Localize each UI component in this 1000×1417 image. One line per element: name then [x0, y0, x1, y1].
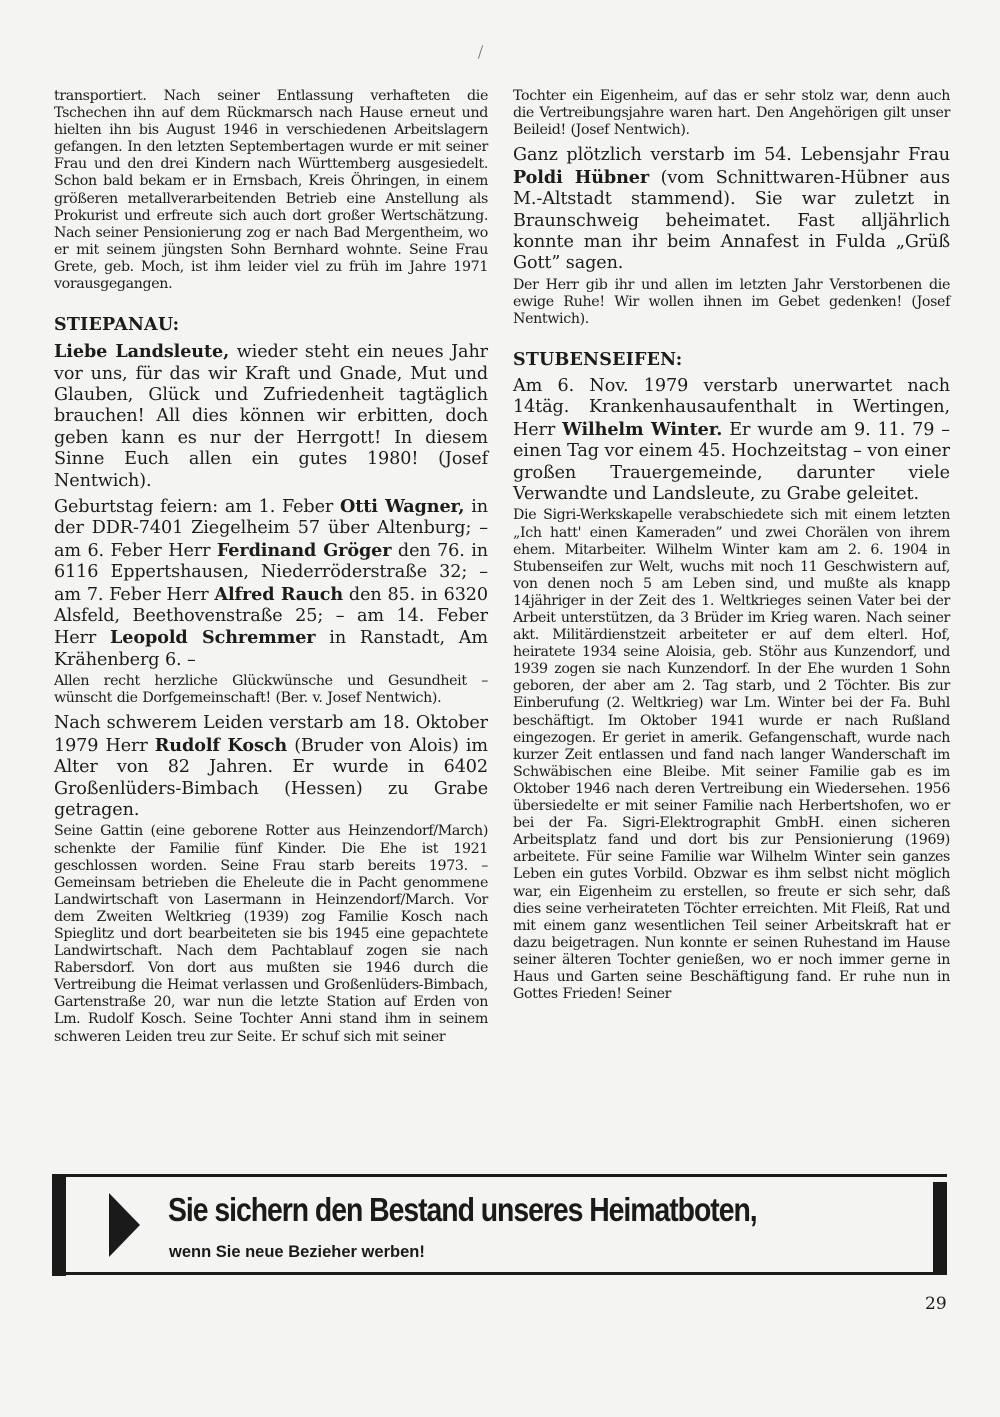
birthday-name: Alfred Rauch: [214, 584, 343, 605]
obituary-kosch-details: Seine Gattin (eine geborene Rotter aus H…: [54, 823, 488, 1045]
birthday-wishes: Allen recht herzliche Glückwünsche und G…: [54, 673, 488, 707]
birthday-name: Leopold Schremmer: [110, 627, 315, 648]
section-heading-stubenseifen: STUBENSEIFEN:: [513, 350, 950, 370]
obituary-winter: Am 6. Nov. 1979 verstarb unerwartet nach…: [513, 376, 950, 505]
magazine-page: transportiert. Nach seiner Entlassung ve…: [0, 0, 1000, 1417]
birthdays-paragraph: Geburtstag feiern: am 1. Feber Otti Wagn…: [54, 496, 488, 671]
stray-mark: [478, 45, 483, 59]
ad-subline: wenn Sie neue Bezieher werben!: [169, 1243, 425, 1262]
birthday-name: Otti Wagner,: [340, 496, 465, 517]
ad-headline: Sie sichern den Bestand unseres Heimatbo…: [168, 1191, 757, 1229]
greeting-text: wieder steht ein neues Jahr vor uns, für…: [54, 342, 488, 490]
birthday-name: Ferdinand Gröger: [217, 540, 392, 561]
obituary-winter-details: Die Sigri-Werkskapelle verabschiedete si…: [513, 507, 950, 1003]
greeting-salutation: Liebe Landsleute,: [54, 341, 229, 362]
ad-right-bar: [933, 1182, 947, 1273]
obituary-kosch: Nach schwerem Leiden verstarb am 18. Okt…: [54, 713, 488, 821]
obituary-name: Wilhelm Winter.: [562, 419, 722, 440]
new-year-greeting: Liebe Landsleute, wieder steht ein neues…: [54, 341, 488, 492]
page-number: 29: [925, 1294, 947, 1314]
obituary-name: Rudolf Kosch: [155, 735, 287, 756]
prayer-paragraph: Der Herr gib ihr und allen im letzten Ja…: [513, 277, 950, 328]
arrow-right-icon: [109, 1193, 140, 1257]
subscription-advertisement: Sie sichern den Bestand unseres Heimatbo…: [52, 1174, 947, 1275]
obituary-text: Ganz plötzlich verstarb im 54. Lebensjah…: [513, 145, 950, 165]
section-heading-stiepanau: STIEPANAU:: [54, 315, 488, 335]
obituary-huebner: Ganz plötzlich verstarb im 54. Lebensjah…: [513, 145, 950, 274]
left-column: transportiert. Nach seiner Entlassung ve…: [54, 88, 488, 1052]
right-column: Tochter ein Eigenheim, auf das er sehr s…: [513, 88, 950, 1009]
obituary-name: Poldi Hübner: [513, 167, 649, 188]
ad-left-bar: [52, 1175, 66, 1276]
birthday-text: Geburtstag feiern: am 1. Feber: [54, 497, 340, 517]
obituary-kosch-continued: Tochter ein Eigenheim, auf das er sehr s…: [513, 88, 950, 139]
article-continuation: transportiert. Nach seiner Entlassung ve…: [54, 88, 488, 293]
